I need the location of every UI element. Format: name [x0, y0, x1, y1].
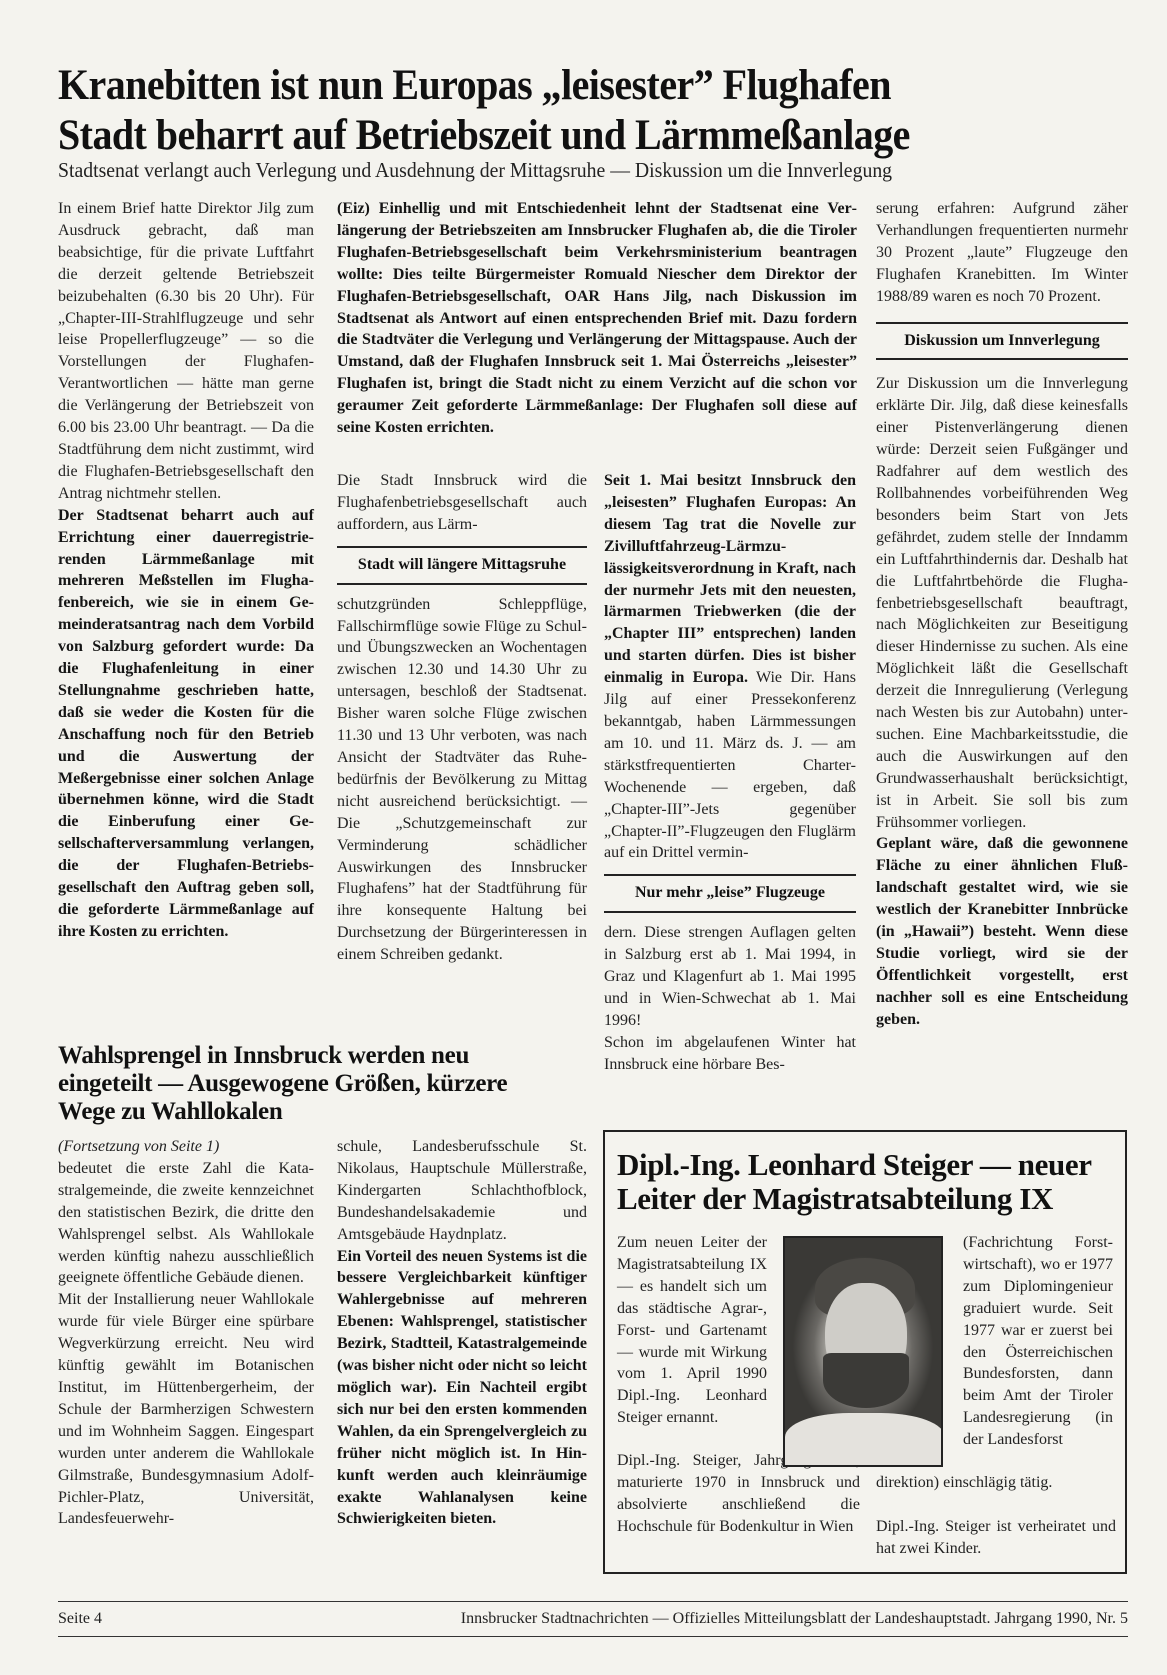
article1-col2-paragraph2: schutzgründen Schleppflüge, Fallschirmfl…	[337, 594, 587, 966]
article3-right-text2: direktion) einschlägig tätig.	[876, 1472, 1116, 1494]
article1-col3-paragraph2: dern. Diese strengen Auflagen gelten in …	[604, 922, 856, 1032]
article2-col2-paragraph1: schule, Landesberufsschule St. Nikolaus,…	[337, 1136, 587, 1246]
main-headline-line2: Stadt beharrt auf Betriebszeit und Lärmm…	[58, 112, 1053, 160]
article1-lead: (Eiz) Einhellig und mit Entschiedenheit …	[337, 198, 857, 439]
article1-col4-bold-paragraph: Geplant wäre, daß die gewonnene Fläche z…	[876, 833, 1128, 1030]
article1-column4: serung erfahren: Aufgrund zäher Verhandl…	[876, 198, 1128, 1031]
article1-col3-paragraph3: Schon im abgelaufenen Winter hat Innsbru…	[604, 1032, 856, 1076]
page-number: Seite 4	[58, 1610, 102, 1628]
article1-column2: Die Stadt Innsbruck wird die Flughafenbe…	[337, 470, 587, 966]
article1-column1: In einem Brief hatte Direktor Jilg zum A…	[58, 198, 314, 943]
article1-col3-text: Wie Dir. Hans Jilg auf einer Pressekonfe…	[604, 669, 856, 861]
article1-col3-bold: Seit 1. Mai besitzt Innsbruck den „leise…	[604, 472, 856, 686]
article3-right-text: (Fachrichtung Forst­wirtschaft), wo er 1…	[963, 1232, 1113, 1451]
article2-title: Wahlsprengel in Innsbruck werden neu ein…	[58, 1042, 518, 1126]
article2-col1-paragraph1: bedeutet die erste Zahl die Kata­stralge…	[58, 1158, 314, 1289]
page-footer: Seite 4 Innsbrucker Stadtnachrichten — O…	[58, 1610, 1128, 1628]
main-headline-line1: Kranebitten ist nun Europas „leisester” …	[58, 62, 1053, 110]
article2-col2-bold-paragraph: Ein Vorteil des neuen Systems ist die be…	[337, 1246, 587, 1531]
portrait-photo	[783, 1236, 943, 1467]
article3-title: Dipl.-Ing. Leonhard Steiger — neuer Leit…	[617, 1148, 1117, 1216]
article1-col1-paragraph: In einem Brief hatte Direktor Jilg zum A…	[58, 198, 314, 505]
article2-col1-paragraph2: Mit der Installierung neuer Wahl­lokale …	[58, 1289, 314, 1530]
article1-col1-bold-paragraph: Der Stadtsenat beharrt auch auf Errichtu…	[58, 505, 314, 943]
main-subheadline: Stadtsenat verlangt auch Verlegung und A…	[58, 158, 1092, 182]
footer-bottom-rule	[58, 1636, 1128, 1637]
publication-info: Innsbrucker Stadtnachrichten — Offiziell…	[461, 1610, 1128, 1628]
article3-left-text: Zum neuen Leiter der Magistratsabtei­lun…	[617, 1232, 767, 1429]
article1-column3: Seit 1. Mai besitzt Innsbruck den „leise…	[604, 470, 856, 1076]
article1-col4-paragraph2: Zur Diskussion um die Innverle­gung erkl…	[876, 373, 1128, 833]
article2-column1: (Fortsetzung von Seite 1) bedeutet die e…	[58, 1136, 314, 1530]
footer-top-rule	[58, 1601, 1128, 1602]
subheading-leise-flugzeuge: Nur mehr „leise” Flugzeuge	[604, 874, 856, 913]
continuation-note: (Fortsetzung von Seite 1)	[58, 1136, 314, 1158]
article3-right-text3: Dipl.-Ing. Steiger ist verheiratet und h…	[876, 1516, 1116, 1560]
subheading-mittagsruhe: Stadt will längere Mittagsruhe	[337, 546, 587, 585]
article1-col2-paragraph1: Die Stadt Innsbruck wird die Flughafenbe…	[337, 470, 587, 536]
article1-col4-paragraph1: serung erfahren: Aufgrund zäher Verhandl…	[876, 198, 1128, 308]
subheading-innverlegung: Diskussion um Innverlegung	[876, 322, 1128, 361]
article2-column2: schule, Landesberufsschule St. Nikolaus,…	[337, 1136, 587, 1530]
